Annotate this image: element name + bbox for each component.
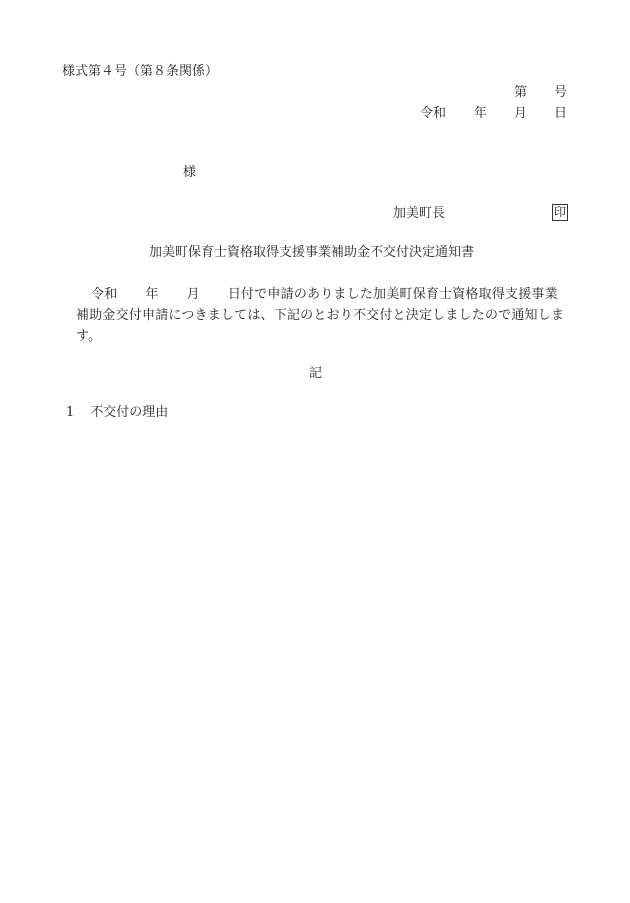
body-line1-rest: 日付で申請のありました加美町保育士資格取得支援事業 (228, 287, 558, 302)
body-line-2: 補助金交付申請につきましては、下記のとおり不交付と決定しましたので通知しま (76, 305, 572, 326)
doc-number-prefix: 第 (514, 85, 527, 101)
addressee-suffix: 様 (183, 165, 196, 181)
body-paragraph: 令和年月日付で申請のありました加美町保育士資格取得支援事業 補助金交付申請につき… (76, 284, 572, 347)
seal-mark: 印 (552, 204, 568, 221)
body-year: 年 (145, 287, 158, 302)
ki-heading: 記 (309, 366, 322, 382)
item-label: 不交付の理由 (90, 405, 168, 420)
issuer-title: 加美町長 (393, 206, 445, 222)
item-number: 1 (66, 405, 74, 420)
form-label: 様式第４号（第８条関係） (62, 64, 218, 80)
item-1: 1不交付の理由 (66, 405, 168, 421)
body-month: 月 (187, 287, 200, 302)
body-era: 令和 (91, 287, 117, 302)
date-day: 日 (554, 106, 567, 122)
body-line-3: す。 (76, 326, 572, 347)
body-line-1: 令和年月日付で申請のありました加美町保育士資格取得支援事業 (76, 284, 572, 305)
document-title: 加美町保育士資格取得支援事業補助金不交付決定通知書 (149, 245, 474, 261)
doc-number-suffix: 号 (554, 85, 567, 101)
date-era: 令和 (420, 106, 446, 122)
date-year: 年 (474, 106, 487, 122)
seal-icon: 印 (552, 204, 568, 221)
date-month: 月 (514, 106, 527, 122)
